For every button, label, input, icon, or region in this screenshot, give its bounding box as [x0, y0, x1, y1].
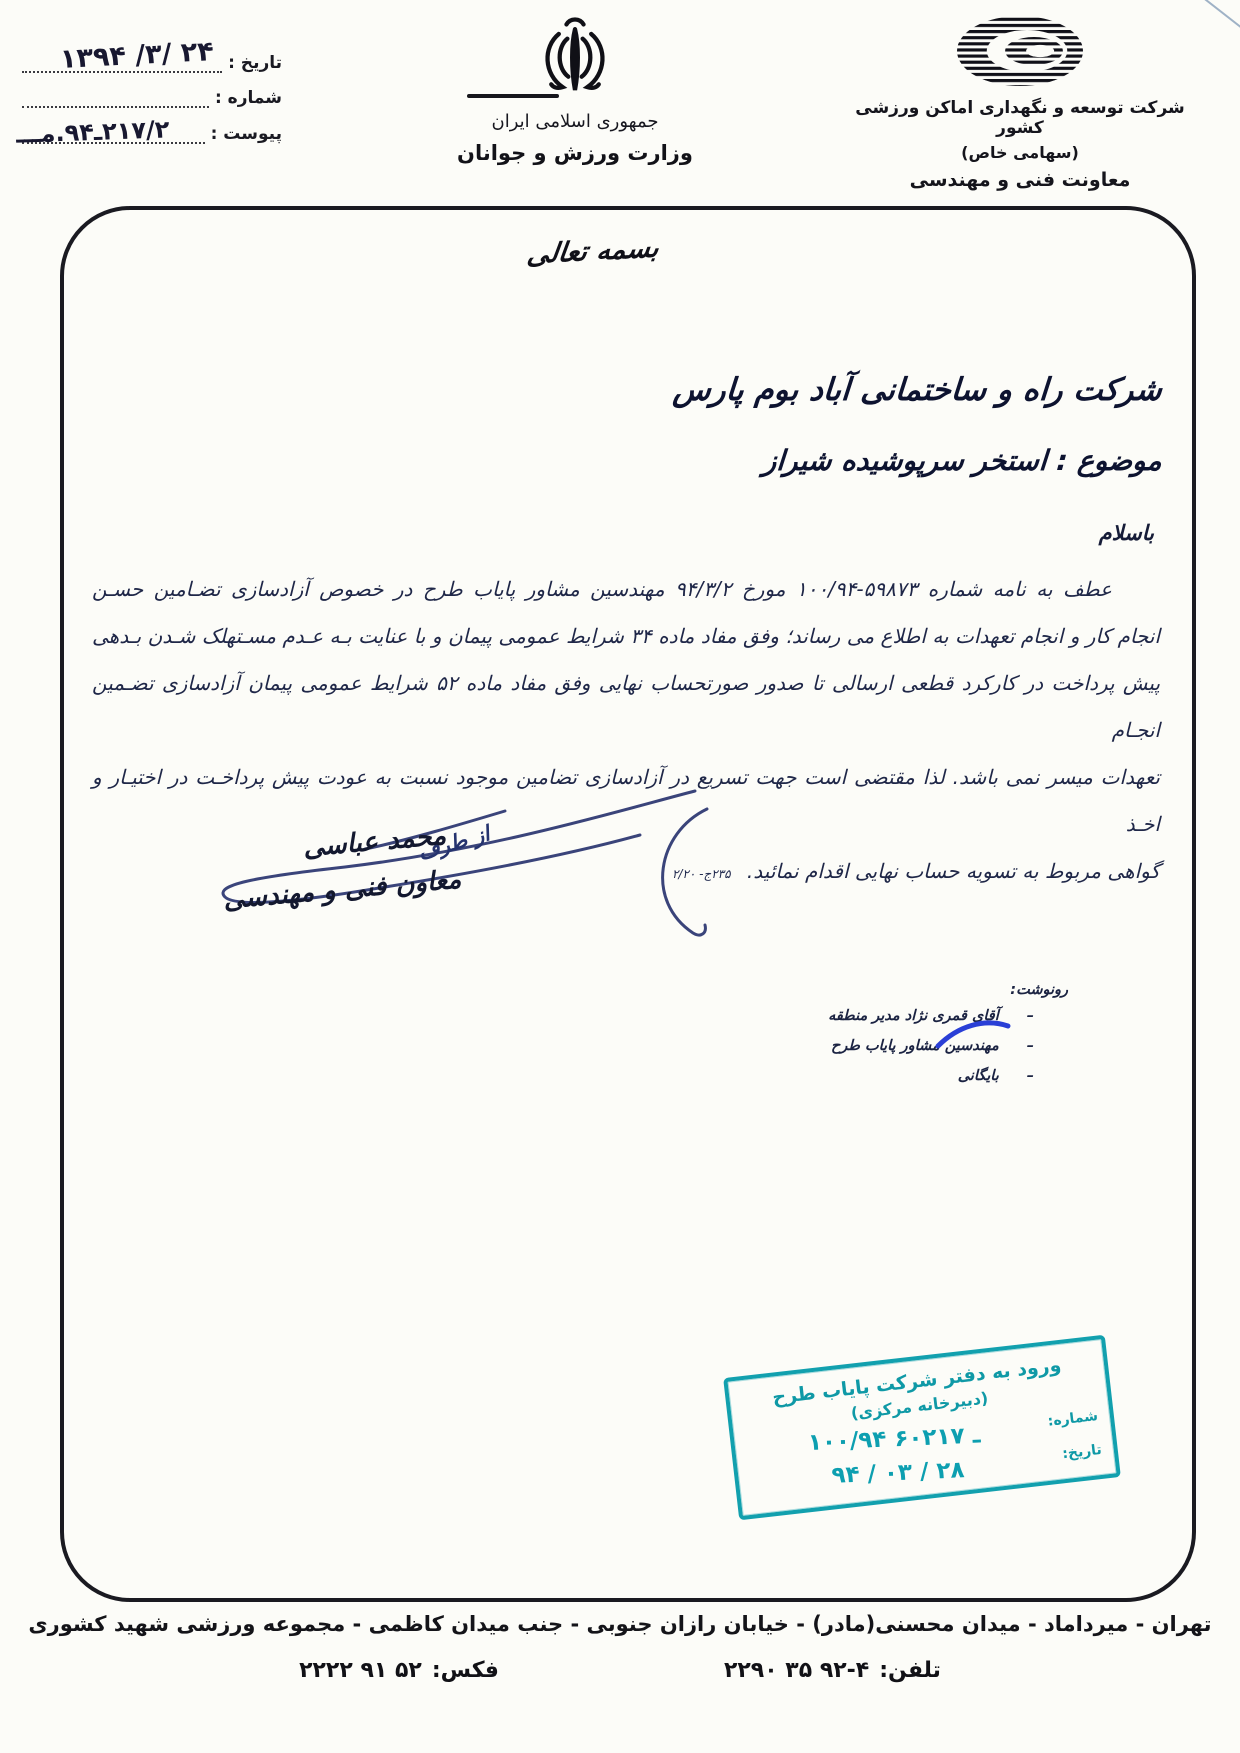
meta-number-row: شماره : ـــم.۹۴ـ۲۱۷/۲	[22, 88, 282, 109]
salutation: باسلام	[1099, 521, 1154, 545]
stamp-date-label: تاریخ:	[1043, 1442, 1102, 1464]
footer-fax: فکس: ۲۲۲۲ ۹۱ ۵۲	[299, 1658, 499, 1683]
body-line-2: انجام کار و انجام تعهدات به اطلاع می رسا…	[92, 613, 1160, 660]
phone-number: ۲۲۹۰ ۳۵ ۹۲-۴	[724, 1658, 869, 1683]
letter-meta-block: تاریخ : ۱۳۹۴ /۳/ ۲۴ شماره : ـــم.۹۴ـ۲۱۷/…	[22, 52, 282, 159]
cc-dash: –	[1027, 1038, 1034, 1054]
handwritten-number: ـــم.۹۴ـ۲۱۷/۲	[16, 115, 170, 148]
ministry-name: وزارت ورزش و جوانان	[430, 141, 720, 165]
recipient-line: شرکت راه و ساختمانی آباد بوم پارس	[672, 372, 1163, 408]
footer-phone: تلفن: ۲۲۹۰ ۳۵ ۹۲-۴	[724, 1658, 941, 1683]
body-line-5-text: گواهی مربوط به تسویه حساب نهایی اقدام نم…	[747, 859, 1160, 883]
cc-dash: –	[1027, 1068, 1034, 1084]
fax-number: ۲۲۲۲ ۹۱ ۵۲	[299, 1658, 422, 1683]
stamp-number-label: شماره:	[1039, 1408, 1098, 1430]
cc-item-1: – آقای قمری نژاد مدیر منطقه	[748, 1008, 1068, 1024]
fax-label: فکس:	[432, 1658, 499, 1683]
phone-label: تلفن:	[879, 1658, 941, 1683]
number-dotted-line	[22, 88, 209, 109]
company-logo-icon	[950, 10, 1090, 92]
cc-label: رونوشت:	[748, 982, 1068, 998]
national-header-block: جمهوری اسلامی ایران وزارت ورزش و جوانان	[430, 14, 720, 165]
body-line-1: عطف به نامه شماره ۵۹۸۷۳-۱۰۰/۹۴ مورخ ۹۴/۳…	[92, 566, 1160, 613]
date-label: تاریخ :	[228, 53, 282, 73]
body-line-3: پیش پرداخت در کارکرد قطعی ارسالی تا صدور…	[92, 660, 1160, 754]
cc-block: رونوشت: – آقای قمری نژاد مدیر منطقه – مه…	[748, 982, 1068, 1098]
company-name: شرکت توسعه و نگهداری اماکن ورزشی کشور	[845, 98, 1195, 138]
footer-contacts: تلفن: ۲۲۹۰ ۳۵ ۹۲-۴ فکس: ۲۲۲۲ ۹۱ ۵۲	[0, 1658, 1240, 1683]
cc-item-3: – بایگانی	[748, 1068, 1068, 1084]
scanned-letter-page: تاریخ : ۱۳۹۴ /۳/ ۲۴ شماره : ـــم.۹۴ـ۲۱۷/…	[0, 0, 1240, 1753]
country-name: جمهوری اسلامی ایران	[430, 111, 720, 132]
company-header-block: شرکت توسعه و نگهداری اماکن ورزشی کشور (س…	[845, 10, 1195, 191]
signature-scribble	[195, 783, 735, 953]
meta-date-row: تاریخ : ۱۳۹۴ /۳/ ۲۴	[22, 52, 282, 73]
footer-address: تهران - میرداماد - میدان محسنی(مادر) - خ…	[0, 1612, 1240, 1636]
number-label: شماره :	[215, 88, 282, 108]
company-department: معاونت فنی و مهندسی	[845, 169, 1195, 191]
emblem-underline	[467, 94, 559, 98]
company-type: (سهامی خاص)	[845, 143, 1195, 162]
pen-checkmark	[932, 1012, 1016, 1056]
signature-block: از طرف محمد عباسی معاون فنی و مهندسی	[195, 783, 735, 953]
cc-dash: –	[1027, 1008, 1034, 1024]
cc-item-2: – مهندسین مشاور پایاب طرح	[748, 1038, 1068, 1054]
subject-line: موضوع : استخر سرپوشیده شیراز	[762, 444, 1163, 477]
cc-item-3-text: بایگانی	[958, 1068, 999, 1084]
attachment-label: پیوست :	[211, 124, 282, 144]
